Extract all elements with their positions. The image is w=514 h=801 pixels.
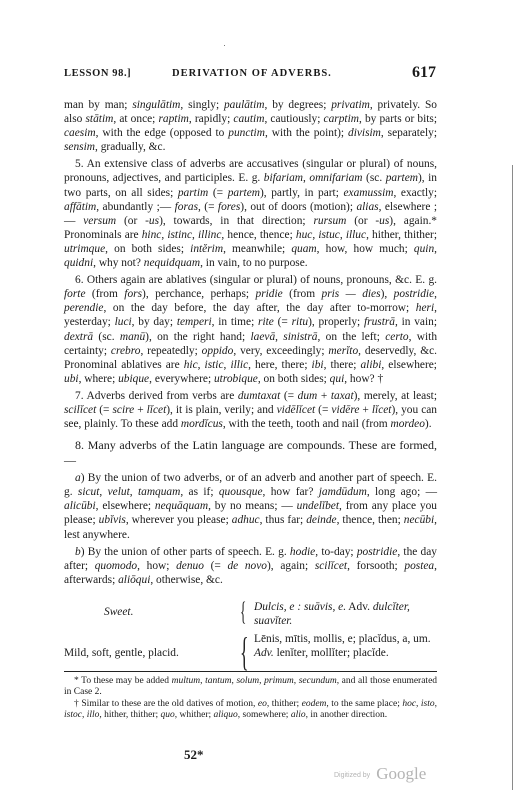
paragraph-continued: man by man; singulātim, singly; paulātim… <box>64 98 437 154</box>
vocab-row: Sweet. { Dulcis, e : suāvis, e. Adv. dul… <box>64 600 437 628</box>
digitized-watermark: Digitized by Google <box>334 764 426 784</box>
footnote-dagger: † Similar to these are the old datives o… <box>64 699 437 722</box>
paragraph-6: 6. Others again are ablatives (singular … <box>64 273 437 386</box>
paragraph-8b: b) By the union of other parts of speech… <box>64 545 437 587</box>
footnotes: * To these may be added multum, tantum, … <box>64 676 437 722</box>
page-number: 617 <box>412 64 436 82</box>
paragraph-8: 8. Many adverbs of the Latin language ar… <box>64 438 437 468</box>
google-logo: Google <box>376 764 426 783</box>
paragraph-8a: a) By the union of two adverbs, or of an… <box>64 471 437 541</box>
vocab-english: Sweet. <box>104 605 133 619</box>
page-edge-line <box>512 165 513 790</box>
brace-glyph: { <box>240 630 249 674</box>
signature-mark: 52* <box>184 747 204 763</box>
vocabulary-table: Sweet. { Dulcis, e : suāvis, e. Adv. dul… <box>64 600 437 676</box>
paragraph-5: 5. An extensive class of adverbs are acc… <box>64 157 437 270</box>
vocab-latin: Lēnis, mītis, mollis, e; placĭdus, a, um… <box>254 632 436 661</box>
page-title: DERIVATION OF ADVERBS. <box>172 68 332 79</box>
scan-speck <box>224 45 225 46</box>
paragraph-7: 7. Adverbs derived from verbs are dumtax… <box>64 389 437 431</box>
vocab-english: Mild, soft, gentle, placid. <box>64 646 179 660</box>
vocab-latin: Dulcis, e : suāvis, e. Adv. dulcĭter, su… <box>254 600 436 629</box>
vocab-row: Mild, soft, gentle, placid. { Lēnis, mīt… <box>64 632 437 676</box>
lesson-label: LESSON 98.] <box>64 68 131 79</box>
brace-glyph: { <box>240 598 246 626</box>
running-header: LESSON 98.] DERIVATION OF ADVERBS. 617 <box>64 66 436 82</box>
watermark-prefix: Digitized by <box>334 772 370 779</box>
footnote-rule <box>64 671 437 672</box>
footnote-asterisk: * To these may be added multum, tantum, … <box>64 676 437 699</box>
body-text: man by man; singulātim, singly; paulātim… <box>64 98 437 587</box>
